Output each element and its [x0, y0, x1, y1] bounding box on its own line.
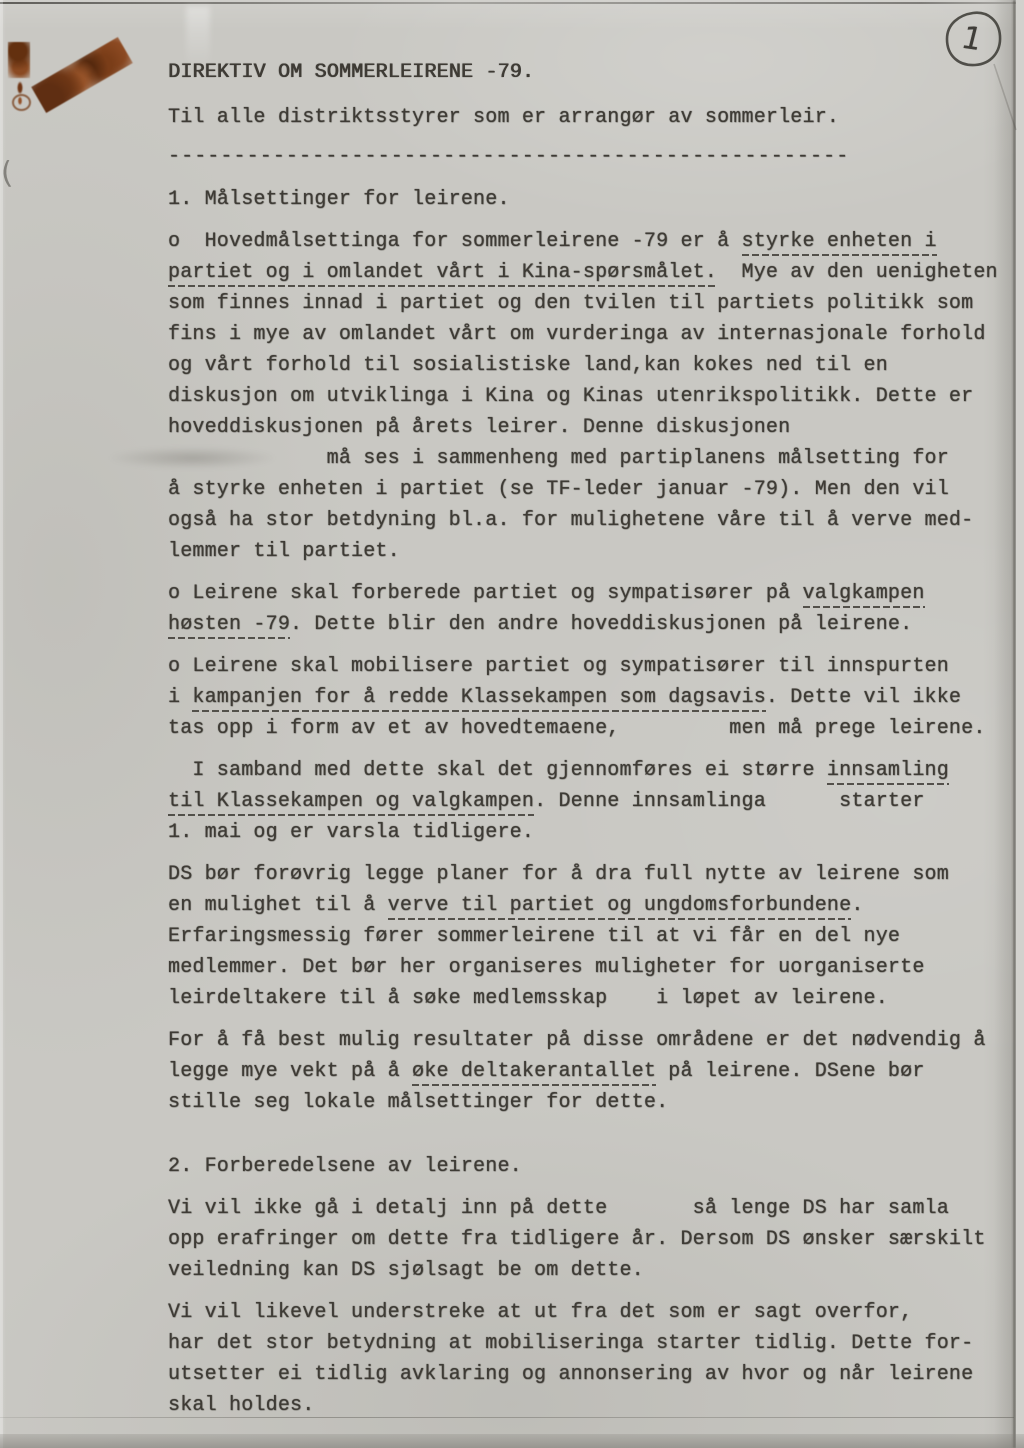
document-line: o Leirene skal mobilisere partiet og sym…	[168, 651, 998, 682]
document-line: 1. mai og er varsla tidligere.	[168, 817, 998, 848]
paragraph-goal-klassekampen: o Leirene skal mobilisere partiet og sym…	[168, 651, 998, 744]
underlined-text: valgkampen	[803, 582, 925, 608]
document-line: skal holdes.	[168, 1390, 998, 1421]
text-segment: må ses i sammenheng med partiplanens mål…	[168, 447, 949, 470]
document-line: leirdeltakere til å søke medlemsskap i l…	[168, 983, 998, 1014]
underlined-text: høsten -79	[168, 613, 290, 639]
text-segment: 1. Målsettinger for leirene.	[168, 188, 510, 211]
text-segment: som finnes innad i partiet og den tvilen…	[168, 292, 973, 315]
text-segment: DIREKTIV OM SOMMERLEIRENE -79.	[168, 61, 534, 84]
scan-edge-bottom	[0, 1434, 1024, 1448]
document-line: må ses i sammenheng med partiplanens mål…	[168, 443, 998, 474]
text-segment: utsetter ei tidlig avklaring og annonser…	[168, 1363, 973, 1386]
text-segment: Til alle distriktsstyrer som er arrangør…	[168, 106, 839, 129]
text-segment: DS bør forøvrig legge planer for å dra f…	[168, 863, 949, 886]
text-segment: Vi vil likevel understreke at ut fra det…	[168, 1301, 912, 1324]
document-line: også ha stor betdyning bl.a. for mulighe…	[168, 505, 998, 536]
text-segment: Erfaringsmessig fører sommerleirene til …	[168, 925, 900, 948]
document-line: fins i mye av omlandet vårt om vurdering…	[168, 319, 998, 350]
document-line: legge mye vekt på å øke deltakerantallet…	[168, 1056, 998, 1087]
document-line: stille seg lokale målsettinger for dette…	[168, 1087, 998, 1118]
document-line: en mulighet til å verve til partiet og u…	[168, 890, 998, 921]
text-segment: 1. mai og er varsla tidligere.	[168, 821, 534, 844]
document-line: opp erafringer om dette fra tidligere år…	[168, 1224, 998, 1255]
paragraph-recruitment: DS bør forøvrig legge planer for å dra f…	[168, 859, 998, 1014]
text-segment: o Hovedmålsettinga for sommerleirene -79…	[168, 230, 742, 253]
document-line: lemmer til partiet.	[168, 536, 998, 567]
underlined-text: partiet og i omlandet vårt i Kina-spørsm…	[168, 261, 717, 287]
underlined-text: til Klassekampen og valgkampen	[168, 790, 534, 816]
document-line: utsetter ei tidlig avklaring og annonser…	[168, 1359, 998, 1390]
text-segment: en mulighet til å	[168, 894, 388, 917]
document-line: hoveddiskusjonen på årets leirer. Denne …	[168, 412, 998, 443]
section-2-heading: 2. Forberedelsene av leirene.	[168, 1151, 998, 1182]
document-line: og vårt forhold til sosialistiske land,k…	[168, 350, 998, 381]
text-segment: hoveddiskusjonen på årets leirer. Denne …	[168, 416, 790, 439]
text-segment: lemmer til partiet.	[168, 540, 400, 563]
underlined-text: innsamling	[827, 759, 949, 785]
text-segment: og vårt forhold til sosialistiske land,k…	[168, 354, 888, 377]
text-segment: .	[851, 894, 863, 917]
rust-stain-ring	[12, 94, 31, 111]
text-segment: fins i mye av omlandet vårt om vurdering…	[168, 323, 986, 346]
text-segment: også ha stor betdyning bl.a. for mulighe…	[168, 509, 973, 532]
section-1-heading: 1. Målsettinger for leirene.	[168, 184, 998, 215]
text-segment: . Dette vil ikke	[766, 686, 961, 709]
document-line: Vi vil likevel understreke at ut fra det…	[168, 1297, 998, 1328]
addressee-line: Til alle distriktsstyrer som er arrangør…	[168, 102, 998, 133]
text-segment: . Dette blir den andre hoveddiskusjonen …	[290, 613, 912, 636]
document-line: o Leirene skal forberede partiet og symp…	[168, 578, 998, 609]
scan-margin-right	[1016, 0, 1024, 1448]
doc-title: DIREKTIV OM SOMMERLEIRENE -79.	[168, 57, 998, 88]
paragraph-collection: I samband med dette skal det gjennomføre…	[168, 755, 998, 848]
underlined-text: kampanjen for å redde Klassekampen som d…	[192, 686, 766, 712]
document-line: tas opp i form av et av hovedtemaene, me…	[168, 713, 998, 744]
document-line: Til alle distriktsstyrer som er arrangør…	[168, 102, 998, 133]
document-line: partiet og i omlandet vårt i Kina-spørsm…	[168, 257, 998, 288]
document-line: ----------------------------------------…	[168, 141, 998, 172]
document-line: o Hovedmålsettinga for sommerleirene -79…	[168, 226, 998, 257]
text-segment: har det stor betydning at mobiliseringa …	[168, 1332, 973, 1355]
document-line: som finnes innad i partiet og den tvilen…	[168, 288, 998, 319]
text-segment: o Leirene skal forberede partiet og symp…	[168, 582, 803, 605]
underlined-text: styrke enheten i	[742, 230, 937, 256]
text-segment: Mye av den uenigheten	[717, 261, 998, 284]
document-line: til Klassekampen og valgkampen. Denne in…	[168, 786, 998, 817]
document-line: 2. Forberedelsene av leirene.	[168, 1151, 998, 1182]
text-segment: veiledning kan DS sjølsagt be om dette.	[168, 1259, 644, 1282]
document-line: medlemmer. Det bør her organiseres mulig…	[168, 952, 998, 983]
rust-stain	[8, 42, 30, 78]
text-segment: For å få best mulig resultater på disse …	[168, 1029, 986, 1052]
text-segment: . Denne innsamlinga starter	[534, 790, 924, 813]
underlined-text: øke deltakerantallet	[412, 1060, 656, 1086]
document-line: diskusjon om utviklinga i Kina og Kinas …	[168, 381, 998, 412]
document-line: veiledning kan DS sjølsagt be om dette.	[168, 1255, 998, 1286]
pencil-mark: (	[0, 156, 14, 192]
document-line: har det stor betydning at mobiliseringa …	[168, 1328, 998, 1359]
paragraph-early-mobilization: Vi vil likevel understreke at ut fra det…	[168, 1297, 998, 1421]
document-line: I samband med dette skal det gjennomføre…	[168, 755, 998, 786]
document-line: i kampanjen for å redde Klassekampen som…	[168, 682, 998, 713]
scan-edge-top	[0, 2, 1024, 4]
text-segment: ----------------------------------------…	[168, 145, 849, 168]
text-segment: 2. Forberedelsene av leirene.	[168, 1155, 522, 1178]
separator-dashes: ----------------------------------------…	[168, 141, 998, 172]
underlined-text: verve til partiet og ungdomsforbundene	[388, 894, 852, 920]
text-segment: i	[168, 686, 192, 709]
paragraph-goal-main: o Hovedmålsettinga for sommerleirene -79…	[168, 226, 998, 567]
document-line: 1. Målsettinger for leirene.	[168, 184, 998, 215]
text-segment: stille seg lokale målsettinger for dette…	[168, 1091, 668, 1114]
text-segment: skal holdes.	[168, 1394, 314, 1417]
text-segment: å styrke enheten i partiet (se TF-leder …	[168, 478, 949, 501]
document-line: DS bør forøvrig legge planer for å dra f…	[168, 859, 998, 890]
scan-edge-left	[0, 0, 3, 1448]
text-segment: medlemmer. Det bør her organiseres mulig…	[168, 956, 925, 979]
document-line: DIREKTIV OM SOMMERLEIRENE -79.	[168, 57, 998, 88]
text-segment: I samband med dette skal det gjennomføre…	[168, 759, 827, 782]
document-line: å styrke enheten i partiet (se TF-leder …	[168, 474, 998, 505]
text-segment: Vi vil ikke gå i detalj inn på dette så …	[168, 1197, 949, 1220]
text-segment: opp erafringer om dette fra tidligere år…	[168, 1228, 986, 1251]
text-segment: o Leirene skal mobilisere partiet og sym…	[168, 655, 949, 678]
text-segment: legge mye vekt på å	[168, 1060, 412, 1083]
document-line: Erfaringsmessig fører sommerleirene til …	[168, 921, 998, 952]
text-segment: på leirene. DSene bør	[656, 1060, 924, 1083]
paragraph-goal-election: o Leirene skal forberede partiet og symp…	[168, 578, 998, 640]
document-line: høsten -79. Dette blir den andre hoveddi…	[168, 609, 998, 640]
document-line: For å få best mulig resultater på disse …	[168, 1025, 998, 1056]
paragraph-preparations: Vi vil ikke gå i detalj inn på dette så …	[168, 1193, 998, 1286]
document-body: DIREKTIV OM SOMMERLEIRENE -79.Til alle d…	[168, 57, 998, 1421]
text-segment: tas opp i form av et av hovedtemaene, me…	[168, 717, 986, 740]
document-line: Vi vil ikke gå i detalj inn på dette så …	[168, 1193, 998, 1224]
paragraph-participants: For å få best mulig resultater på disse …	[168, 1025, 998, 1118]
text-segment: leirdeltakere til å søke medlemsskap i l…	[168, 987, 888, 1010]
text-segment: diskusjon om utviklinga i Kina og Kinas …	[168, 385, 973, 408]
